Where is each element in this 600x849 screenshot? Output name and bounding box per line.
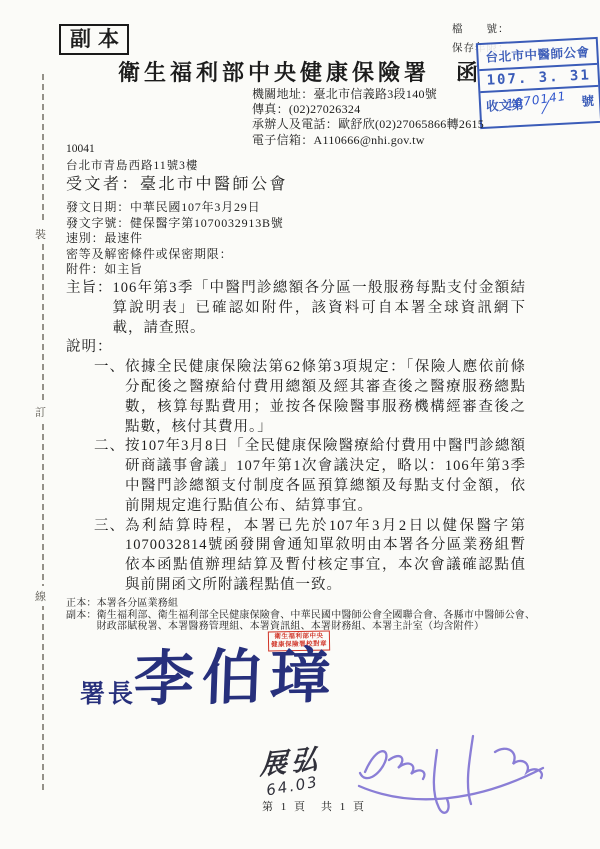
cc-block: 正本： 本署各分區業務組 副本： 衛生福利部、衛生福利部全民健康保險會、中華民國… — [66, 598, 536, 633]
item-3-text: 為利結算時程，本署已先於107年3月2日以健保醫字第1070032814號函發開… — [125, 517, 526, 596]
item-2-text: 按107年3月8日「全民健康保險醫療給付費用中醫門診總額研商議事會議」107年第… — [125, 437, 526, 516]
priority-line: 速別：最速件 — [66, 231, 284, 247]
signer-name-calligraphy: 李伯璋 — [133, 646, 339, 710]
document-title: 衛生福利部中央健康保險署 函 — [0, 56, 600, 87]
original-recipients-row: 正本： 本署各分區業務組 — [66, 598, 536, 610]
original-label: 正本： — [66, 598, 97, 610]
copy-text: 衛生福利部、衛生福利部全民健康保險會、中華民國中醫師公會全國聯合會、各縣市中醫師… — [97, 610, 536, 633]
issue-date-line: 發文日期：中華民國107年3月29日 — [66, 200, 284, 216]
copy-label: 副本： — [66, 610, 97, 633]
copy-label-box: 副本 — [59, 24, 129, 55]
agency-address-line: 機關地址：臺北市信義路3段140號 — [252, 87, 484, 102]
subject-label: 主旨： — [66, 279, 113, 338]
issue-number-line: 發文字號：健保醫字第1070032913B號 — [66, 216, 284, 232]
attachment-line: 附件：如主旨 — [66, 262, 284, 278]
document-meta-block: 發文日期：中華民國107年3月29日 發文字號：健保醫字第1070032913B… — [66, 200, 284, 278]
copy-recipients-row: 副本： 衛生福利部、衛生福利部全民健康保險會、中華民國中醫師公會全國聯合會、各縣… — [66, 610, 536, 633]
page-number: 第 1 頁 共 1 頁 — [262, 798, 367, 814]
explanation-label: 說明： — [66, 338, 526, 358]
recipient-line: 受文者：臺北市中醫師公會 — [66, 171, 288, 194]
explanation-item-1: 一、 依據全民健康保險法第62條第3項規定：「保險人應依前條分配後之醫療給付費用… — [66, 358, 526, 437]
subject-text: 106年第3季「中醫門診總額各分區一般服務每點支付金額結算說明表」已確認如附件，… — [113, 279, 527, 338]
signer-title: 署長 — [80, 674, 136, 710]
recipient-zip: 10041 — [66, 143, 95, 155]
subject-paragraph: 主旨： 106年第3季「中醫門診總額各分區一般服務每點支付金額結算說明表」已確認… — [66, 279, 526, 338]
item-1-text: 依據全民健康保險法第62條第3項規定：「保險人應依前條分配後之醫療給付費用總額及… — [125, 358, 526, 437]
confidentiality-line: 密等及解密條件或保密期限： — [66, 247, 284, 263]
explanation-item-3: 三、 為利結算時程，本署已先於107年3月2日以健保醫字第1070032814號… — [66, 517, 526, 596]
binding-char-xian: 線 — [35, 586, 46, 606]
item-3-number: 三、 — [94, 517, 125, 596]
agency-contact-block: 機關地址：臺北市信義路3段140號 傳真：(02)27026324 承辦人及電話… — [252, 87, 484, 148]
pen-scribble-signature — [345, 726, 555, 826]
agency-phone-line: 承辦人及電話：歐舒欣(02)27065866轉2615 — [252, 117, 484, 132]
agency-email-line: 電子信箱：A110666@nhi.gov.tw — [252, 133, 484, 148]
agency-fax-line: 傳真：(02)27026324 — [252, 102, 484, 117]
binding-char-zhuang: 裝 — [35, 224, 46, 244]
explanation-item-2: 二、 按107年3月8日「全民健康保險醫療給付費用中醫門診總額研商議事會議」10… — [66, 437, 526, 516]
original-text: 本署各分區業務組 — [97, 598, 179, 610]
letter-body: 主旨： 106年第3季「中醫門診總額各分區一般服務每點支付金額結算說明表」已確認… — [66, 279, 526, 596]
item-2-number: 二、 — [94, 437, 125, 516]
item-1-number: 一、 — [94, 358, 125, 437]
file-number-label: 檔 號： — [452, 20, 510, 39]
binding-dashed-line — [42, 74, 44, 790]
receipt-stamp-suffix: 號 — [581, 91, 594, 110]
binding-char-ding: 訂 — [35, 402, 46, 422]
scanned-letter-page: 裝 訂 線 副本 檔 號： 保存年限： 台北市中醫師公會 107. 3. 31 … — [0, 0, 600, 849]
